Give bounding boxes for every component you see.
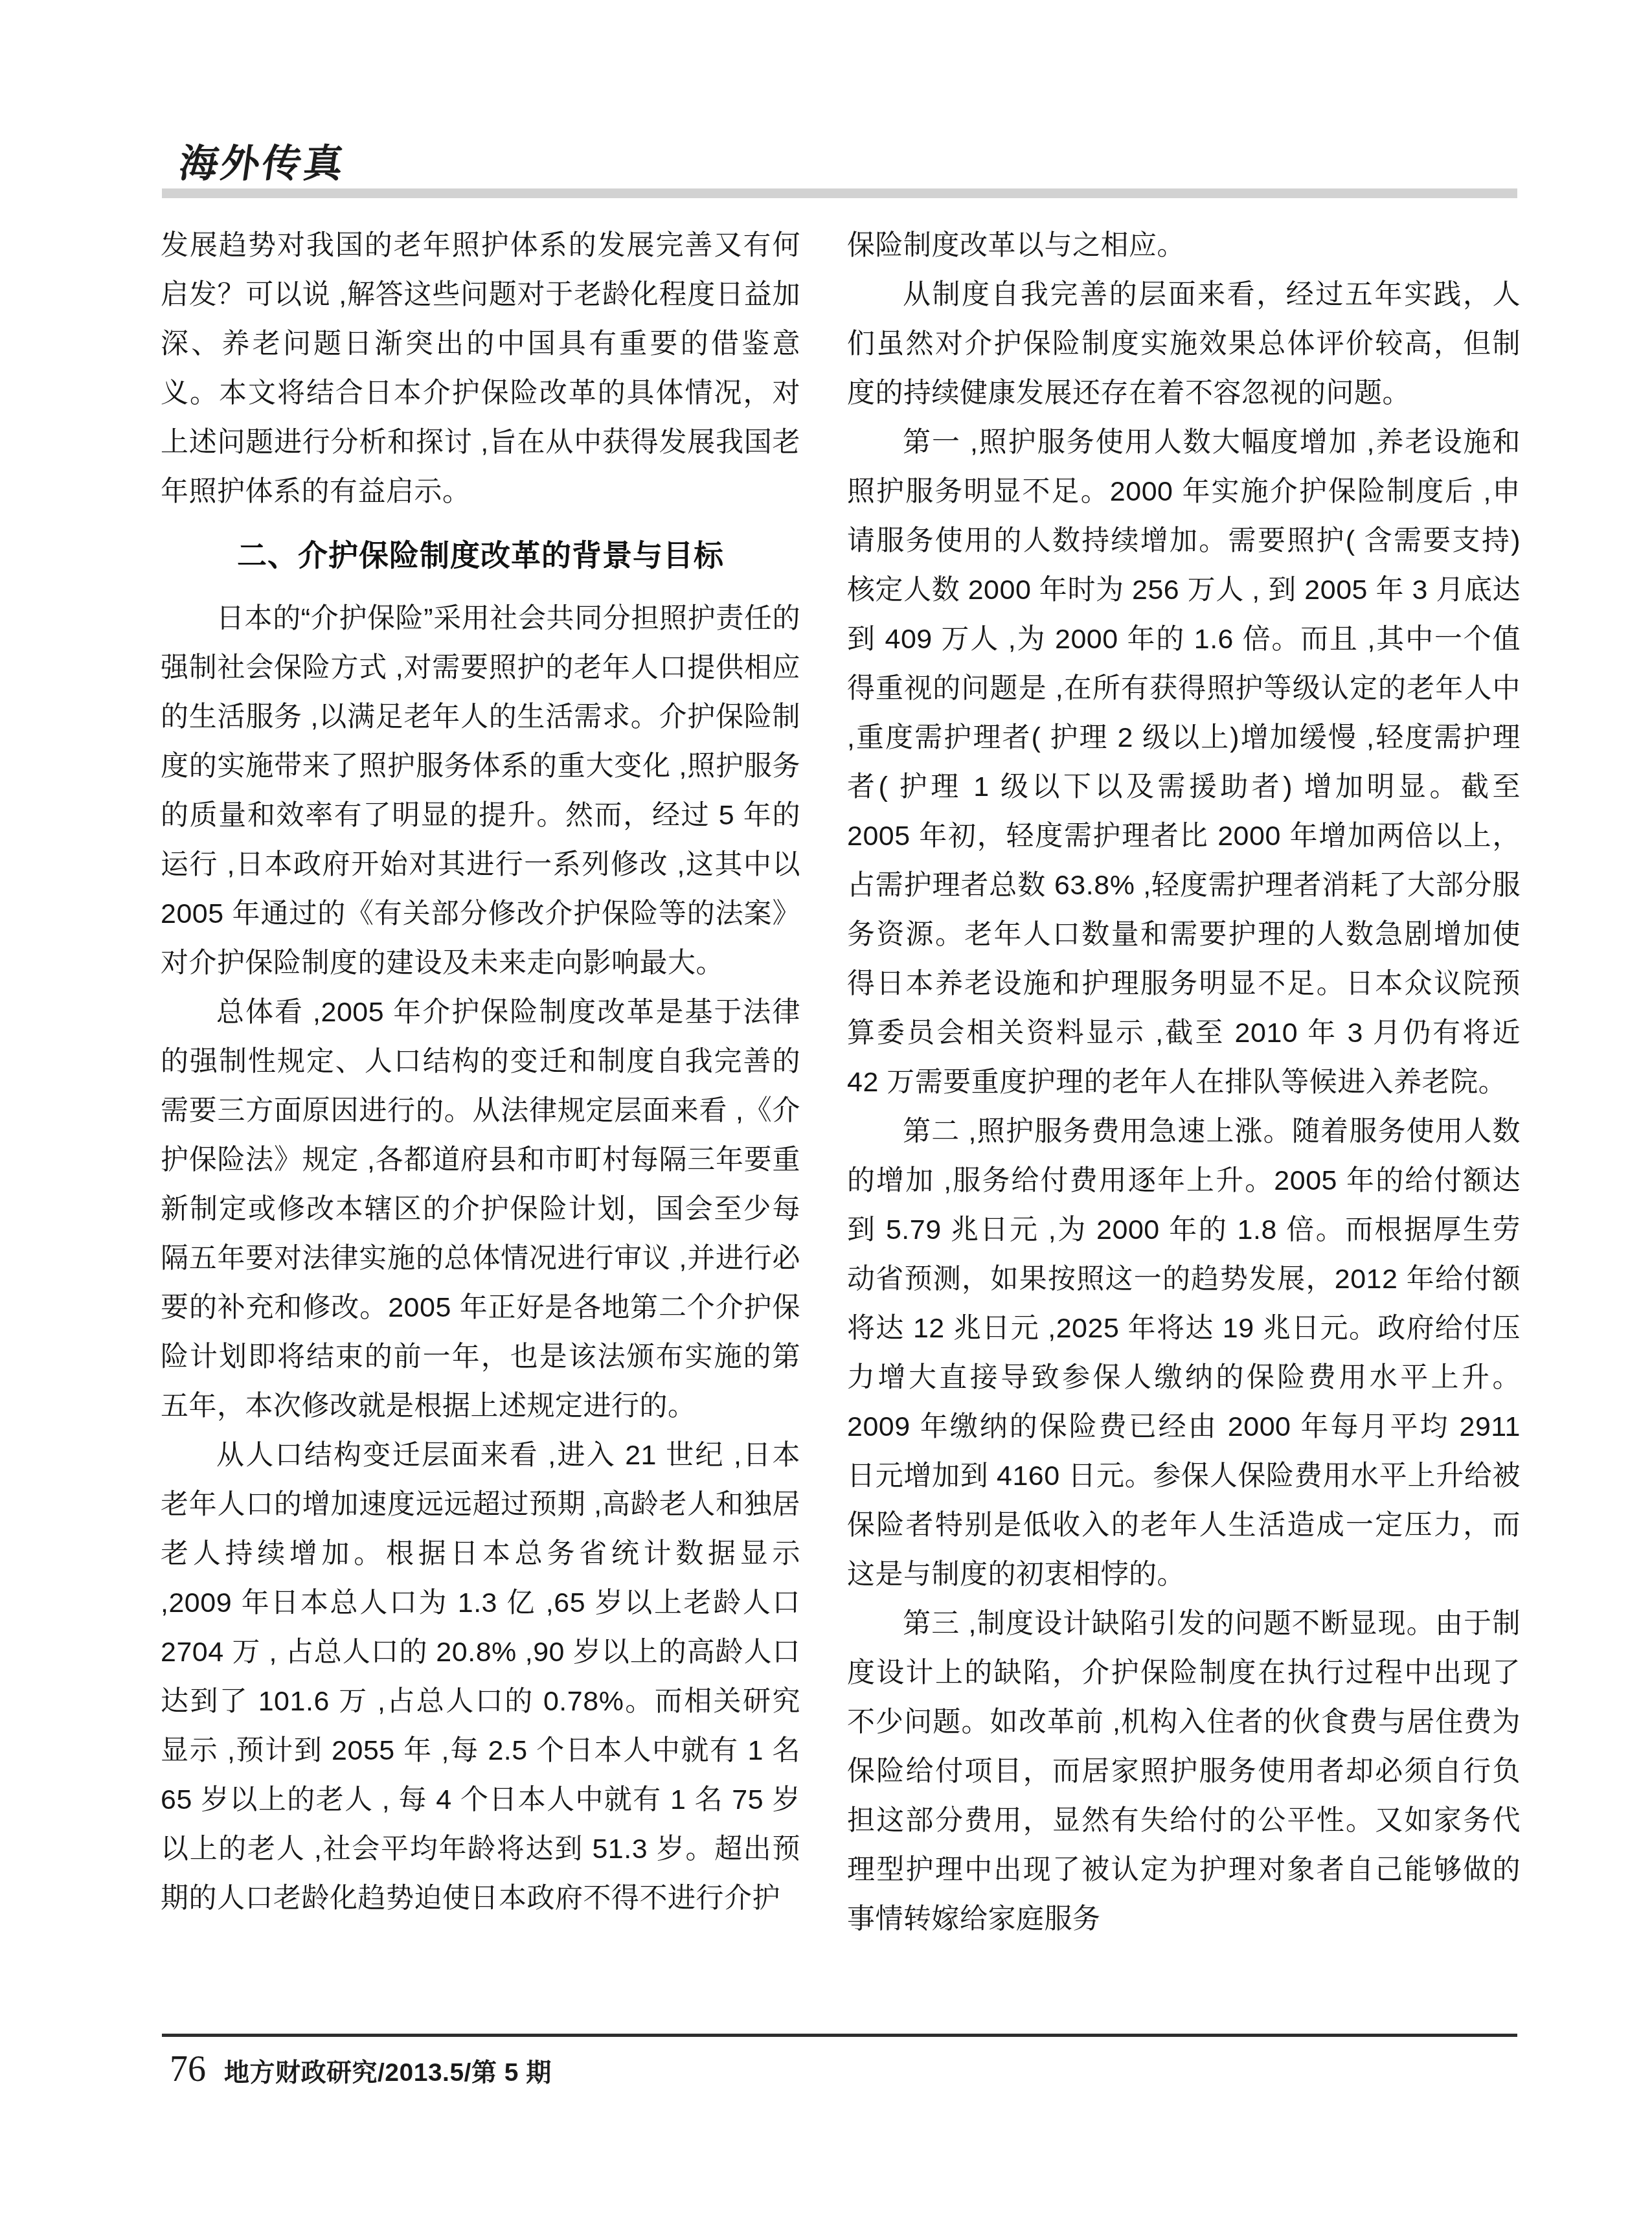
page-number: 76 bbox=[170, 2049, 206, 2090]
body-paragraph: 第一 ,照护服务使用人数大幅度增加 ,养老设施和照护服务明显不足。2000 年实… bbox=[847, 418, 1521, 1107]
body-paragraph: 保险制度改革以与之相应。 bbox=[847, 221, 1521, 270]
page-footer: 76 地方财政研究/2013.5/第 5 期 bbox=[170, 2049, 552, 2090]
body-paragraph: 从制度自我完善的层面来看，经过五年实践，人们虽然对介护保险制度实施效果总体评价较… bbox=[847, 270, 1521, 418]
left-text-column: 发展趋势对我国的老年照护体系的发展完善又有何启发？可以说 ,解答这些问题对于老龄… bbox=[161, 221, 800, 1923]
journal-page: 海外传真 发展趋势对我国的老年照护体系的发展完善又有何启发？可以说 ,解答这些问… bbox=[0, 0, 1652, 2226]
body-paragraph: 从人口结构变迁层面来看 ,进入 21 世纪 ,日本老年人口的增加速度远远超过预期… bbox=[161, 1431, 800, 1923]
body-paragraph: 第三 ,制度设计缺陷引发的问题不断显现。由于制度设计上的缺陷，介护保险制度在执行… bbox=[847, 1599, 1521, 1944]
body-paragraph: 日本的“介护保险”采用社会共同分担照护责任的强制社会保险方式 ,对需要照护的老年… bbox=[161, 594, 800, 988]
body-paragraph: 第二 ,照护服务费用急速上涨。随着服务使用人数的增加 ,服务给付费用逐年上升。2… bbox=[847, 1107, 1521, 1599]
header-divider-bar bbox=[162, 188, 1517, 198]
page-header-section-label: 海外传真 bbox=[176, 133, 350, 188]
body-paragraph: 总体看 ,2005 年介护保险制度改革是基于法律的强制性规定、人口结构的变迁和制… bbox=[161, 988, 800, 1431]
journal-issue-info: 地方财政研究/2013.5/第 5 期 bbox=[224, 2052, 552, 2089]
body-paragraph: 发展趋势对我国的老年照护体系的发展完善又有何启发？可以说 ,解答这些问题对于老龄… bbox=[161, 221, 800, 516]
footer-divider-rule bbox=[162, 2034, 1517, 2037]
right-text-column: 保险制度改革以与之相应。 从制度自我完善的层面来看，经过五年实践，人们虽然对介护… bbox=[847, 221, 1521, 1944]
section-heading: 二、介护保险制度改革的背景与目标 bbox=[161, 530, 800, 580]
